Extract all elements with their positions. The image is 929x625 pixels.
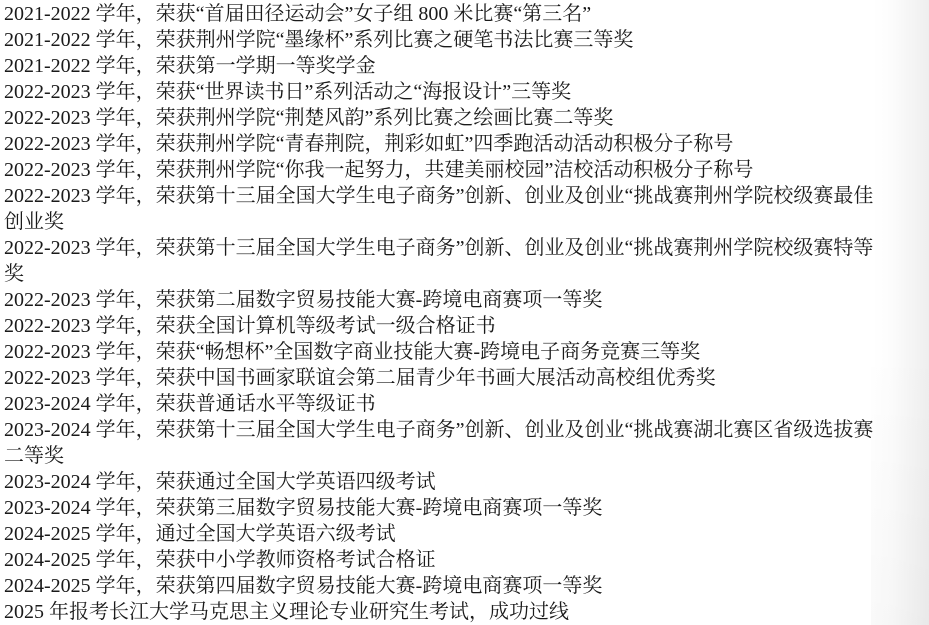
achievement-line: 2022-2023 学年，荣获“世界读书日”系列活动之“海报设计”三等奖 bbox=[4, 79, 884, 105]
achievement-line: 2022-2023 学年，荣获荆州学院“青春荆院，荆彩如虹”四季跑活动活动积极分… bbox=[4, 131, 884, 157]
achievement-line: 2023-2024 学年，荣获第三届数字贸易技能大赛-跨境电商赛项一等奖 bbox=[4, 495, 884, 521]
achievement-line: 2024-2025 学年，荣获第四届数字贸易技能大赛-跨境电商赛项一等奖 bbox=[4, 573, 884, 599]
achievement-line: 2021-2022 学年，荣获“首届田径运动会”女子组 800 米比赛“第三名” bbox=[4, 1, 884, 27]
achievement-line: 2023-2024 学年，荣获第十三届全国大学生电子商务”创新、创业及创业“挑战… bbox=[4, 417, 884, 469]
document-page: 2021-2022 学年，荣获“首届田径运动会”女子组 800 米比赛“第三名”… bbox=[0, 0, 929, 625]
achievement-line: 2025 年报考长江大学马克思主义理论专业研究生考试，成功过线 bbox=[4, 599, 884, 625]
achievement-line: 2022-2023 学年，荣获荆州学院“你我一起努力，共建美丽校园”洁校活动积极… bbox=[4, 157, 884, 183]
achievement-line: 2022-2023 学年，荣获中国书画家联谊会第二届青少年书画大展活动高校组优秀… bbox=[4, 365, 884, 391]
achievement-line: 2021-2022 学年，荣获荆州学院“墨缘杯”系列比赛之硬笔书法比赛三等奖 bbox=[4, 27, 884, 53]
achievement-list: 2021-2022 学年，荣获“首届田径运动会”女子组 800 米比赛“第三名”… bbox=[4, 1, 884, 625]
achievement-line: 2023-2024 学年，荣获普通话水平等级证书 bbox=[4, 391, 884, 417]
achievement-line: 2021-2022 学年，荣获第一学期一等奖学金 bbox=[4, 53, 884, 79]
achievement-line: 2022-2023 学年，荣获第十三届全国大学生电子商务”创新、创业及创业“挑战… bbox=[4, 183, 884, 235]
achievement-line: 2022-2023 学年，荣获第十三届全国大学生电子商务”创新、创业及创业“挑战… bbox=[4, 235, 884, 287]
achievement-line: 2022-2023 学年，荣获荆州学院“荆楚风韵”系列比赛之绘画比赛二等奖 bbox=[4, 105, 884, 131]
achievement-line: 2022-2023 学年，荣获全国计算机等级考试一级合格证书 bbox=[4, 313, 884, 339]
achievement-line: 2023-2024 学年，荣获通过全国大学英语四级考试 bbox=[4, 469, 884, 495]
achievement-line: 2022-2023 学年，荣获“畅想杯”全国数字商业技能大赛-跨境电子商务竞赛三… bbox=[4, 339, 884, 365]
achievement-line: 2022-2023 学年，荣获第二届数字贸易技能大赛-跨境电商赛项一等奖 bbox=[4, 287, 884, 313]
achievement-line: 2024-2025 学年，通过全国大学英语六级考试 bbox=[4, 521, 884, 547]
achievement-line: 2024-2025 学年，荣获中小学教师资格考试合格证 bbox=[4, 547, 884, 573]
